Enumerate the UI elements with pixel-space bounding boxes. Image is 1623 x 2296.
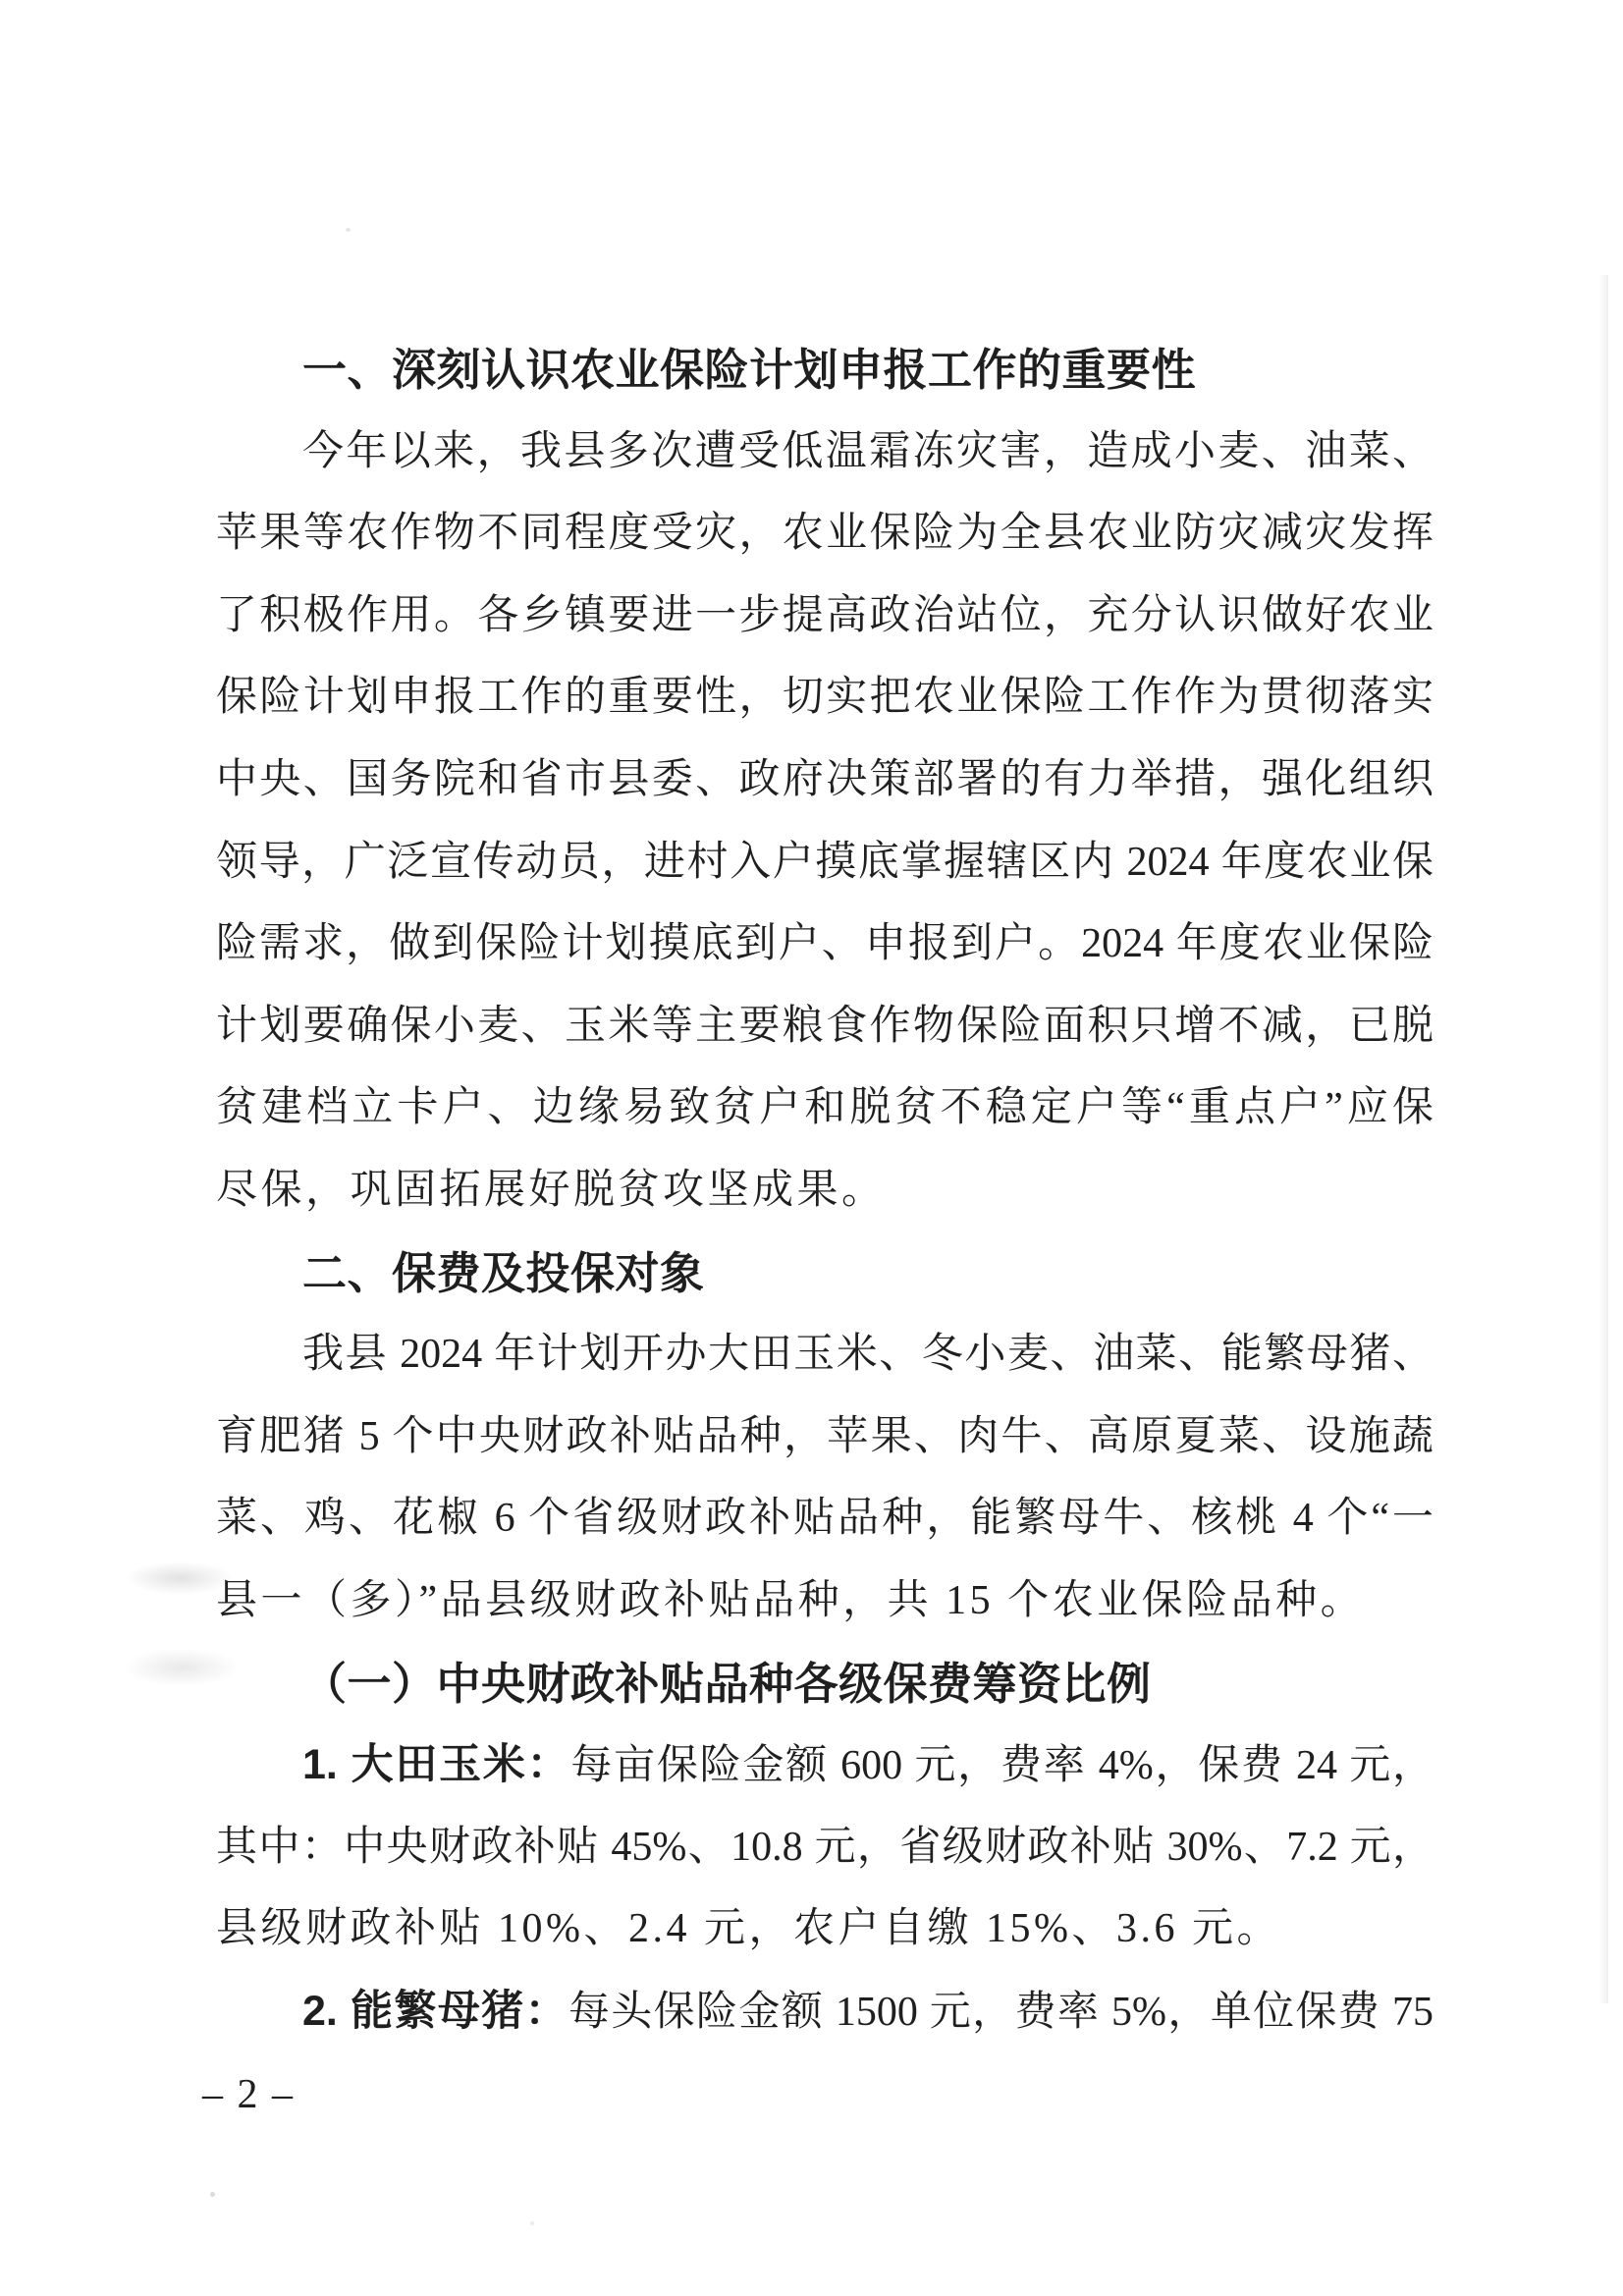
paragraph-line: 尽保，巩固拓展好脱贫攻坚成果。 — [216, 1150, 1434, 1232]
page-number: – 2 – — [202, 2062, 295, 2127]
heading-section-2: 二、保费及投保对象 — [216, 1232, 1434, 1315]
paragraph-line: 其中：中央财政补贴 45%、10.8 元，省级财政补贴 30%、7.2 元， — [216, 1807, 1434, 1889]
paragraph-line: 我县 2024 年计划开办大田玉米、冬小麦、油菜、能繁母猪、 — [216, 1314, 1434, 1396]
scan-speck — [346, 228, 351, 232]
paragraph-line: 贫建档立卡户、边缘易致贫户和脱贫不稳定户等“重点户”应保 — [216, 1067, 1434, 1150]
item-2-label: 2. 能繁母猪： — [302, 1988, 568, 2035]
paragraph-line: 领导，广泛宣传动员，进村入户摸底掌握辖区内 2024 年度农业保 — [216, 822, 1434, 904]
scan-speck — [530, 2221, 534, 2225]
subheading-section-2-1: （一）中央财政补贴品种各级保费筹资比例 — [216, 1643, 1434, 1725]
paragraph-line: 今年以来，我县多次遭受低温霜冻灾害，造成小麦、油菜、 — [216, 411, 1434, 494]
paragraph-line: 县级财政补贴 10%、2.4 元，农户自缴 15%、3.6 元。 — [216, 1888, 1434, 1971]
scan-speck — [210, 2192, 215, 2197]
paragraph-line: 菜、鸡、花椒 6 个省级财政补贴品种，能繁母牛、核桃 4 个“一 — [216, 1478, 1434, 1560]
paragraph-line: 了积极作用。各乡镇要进一步提高政治站位，充分认识做好农业 — [216, 575, 1434, 658]
item-line-breeding-sow: 2. 能繁母猪：每头保险金额 1500 元，费率 5%，单位保费 75 — [216, 1971, 1434, 2053]
heading-section-1: 一、深刻认识农业保险计划申报工作的重要性 — [216, 329, 1434, 411]
scan-edge-streak — [1598, 275, 1608, 2003]
item-1-text: 每亩保险金额 600 元，费率 4%，保费 24 元， — [570, 1743, 1434, 1788]
paragraph-line: 中央、国务院和省市县委、政府决策部署的有力举措，强化组织 — [216, 739, 1434, 822]
paragraph-line: 险需求，做到保险计划摸底到户、申报到户。2024 年度农业保险 — [216, 903, 1434, 986]
item-line-field-corn: 1. 大田玉米：每亩保险金额 600 元，费率 4%，保费 24 元， — [216, 1724, 1434, 1807]
paragraph-line: 苹果等农作物不同程度受灾，农业保险为全县农业防灾减灾发挥 — [216, 493, 1434, 575]
document-body: 一、深刻认识农业保险计划申报工作的重要性 今年以来，我县多次遭受低温霜冻灾害，造… — [216, 329, 1434, 2052]
paragraph-line: 计划要确保小麦、玉米等主要粮食作物保险面积只增不减，已脱 — [216, 986, 1434, 1068]
paragraph-line: 县一（多）”品县级财政补贴品种，共 15 个农业保险品种。 — [216, 1560, 1434, 1643]
paragraph-line: 保险计划申报工作的重要性，切实把农业保险工作作为贯彻落实 — [216, 657, 1434, 739]
paragraph-line: 育肥猪 5 个中央财政补贴品种，苹果、肉牛、高原夏菜、设施蔬 — [216, 1396, 1434, 1479]
scanned-document-page: 一、深刻认识农业保险计划申报工作的重要性 今年以来，我县多次遭受低温霜冻灾害，造… — [0, 0, 1623, 2296]
item-2-text: 每头保险金额 1500 元，费率 5%，单位保费 75 — [568, 1990, 1434, 2035]
item-1-label: 1. 大田玉米： — [302, 1741, 570, 1788]
